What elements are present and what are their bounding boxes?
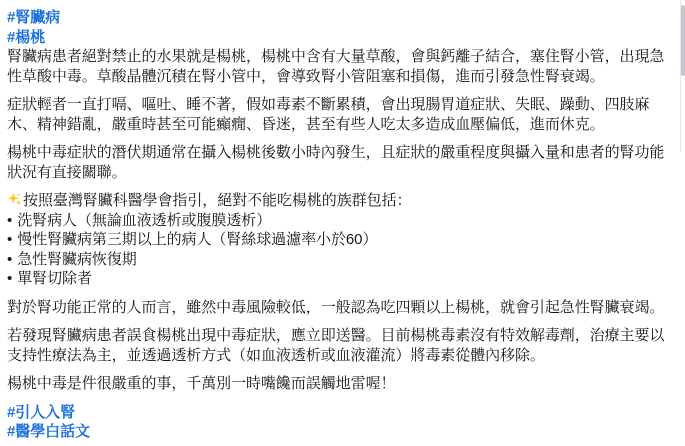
list-item: •慢性腎臟病第三期以上的病人（腎絲球過濾率小於60）: [7, 230, 679, 250]
list-item: •單腎切除者: [7, 269, 679, 289]
list-item-text: 急性腎臟病恢復期: [17, 251, 137, 268]
list-item-text: 慢性腎臟病第三期以上的病人（腎絲球過濾率小於60）: [17, 231, 377, 248]
paragraph-normal-people: 對於腎功能正常的人而言，雖然中毒風險較低，一般認為吃四顆以上楊桃，就會引起急性腎…: [7, 298, 679, 318]
top-hashtags: #腎臟病 #楊桃: [7, 8, 679, 47]
hashtag-starfruit[interactable]: #楊桃: [7, 28, 679, 48]
guideline-heading-text: 按照臺灣腎臟科醫學會指引，絕對不能吃楊桃的族群包括：: [23, 192, 411, 209]
list-item: •洗腎病人（無論血液透析或腹膜透析）: [7, 211, 679, 231]
hashtag-kidney-disease[interactable]: #腎臟病: [7, 8, 679, 28]
bottom-hashtags: #引人入腎 #醫學白話文: [7, 403, 679, 442]
scrollbar-thumb[interactable]: [681, 5, 685, 76]
sparkles-icon: [7, 192, 22, 207]
bullet-icon: •: [7, 270, 12, 287]
guideline-heading: 按照臺灣腎臟科醫學會指引，絕對不能吃楊桃的族群包括：: [7, 191, 679, 211]
post-body: #腎臟病 #楊桃 腎臟病患者絕對禁止的水果就是楊桃，楊桃中含有大量草酸，會與鈣離…: [7, 8, 679, 442]
forbidden-groups-list: •洗腎病人（無論血液透析或腹膜透析） •慢性腎臟病第三期以上的病人（腎絲球過濾率…: [7, 211, 679, 289]
bullet-icon: •: [7, 231, 12, 248]
list-item-text: 單腎切除者: [17, 270, 92, 287]
bullet-icon: •: [7, 212, 12, 229]
paragraph-intro: 腎臟病患者絕對禁止的水果就是楊桃，楊桃中含有大量草酸，會與鈣離子結合，塞住腎小管…: [7, 47, 679, 86]
hashtag-medical-plain-language[interactable]: #醫學白話文: [7, 422, 679, 442]
paragraph-incubation: 楊桃中毒症狀的潛伏期通常在攝入楊桃後數小時內發生，且症狀的嚴重程度與攝入量和患者…: [7, 143, 679, 182]
list-item: •急性腎臟病恢復期: [7, 250, 679, 270]
list-item-text: 洗腎病人（無論血液透析或腹膜透析）: [17, 212, 271, 229]
paragraph-symptoms: 症狀輕者一直打嗝、嘔吐、睡不著，假如毒素不斷累積，會出現腸胃道症狀、失眠、躁動、…: [7, 95, 679, 134]
bullet-icon: •: [7, 251, 12, 268]
hashtag-pun-kidney[interactable]: #引人入腎: [7, 403, 679, 423]
paragraph-treatment: 若發現腎臟病患者誤食楊桃出現中毒症狀，應立即送醫。目前楊桃毒素沒有特效解毒劑，治…: [7, 326, 679, 365]
paragraph-closing: 楊桃中毒是件很嚴重的事，千萬別一時嘴饞而誤觸地雷喔！: [7, 374, 679, 394]
